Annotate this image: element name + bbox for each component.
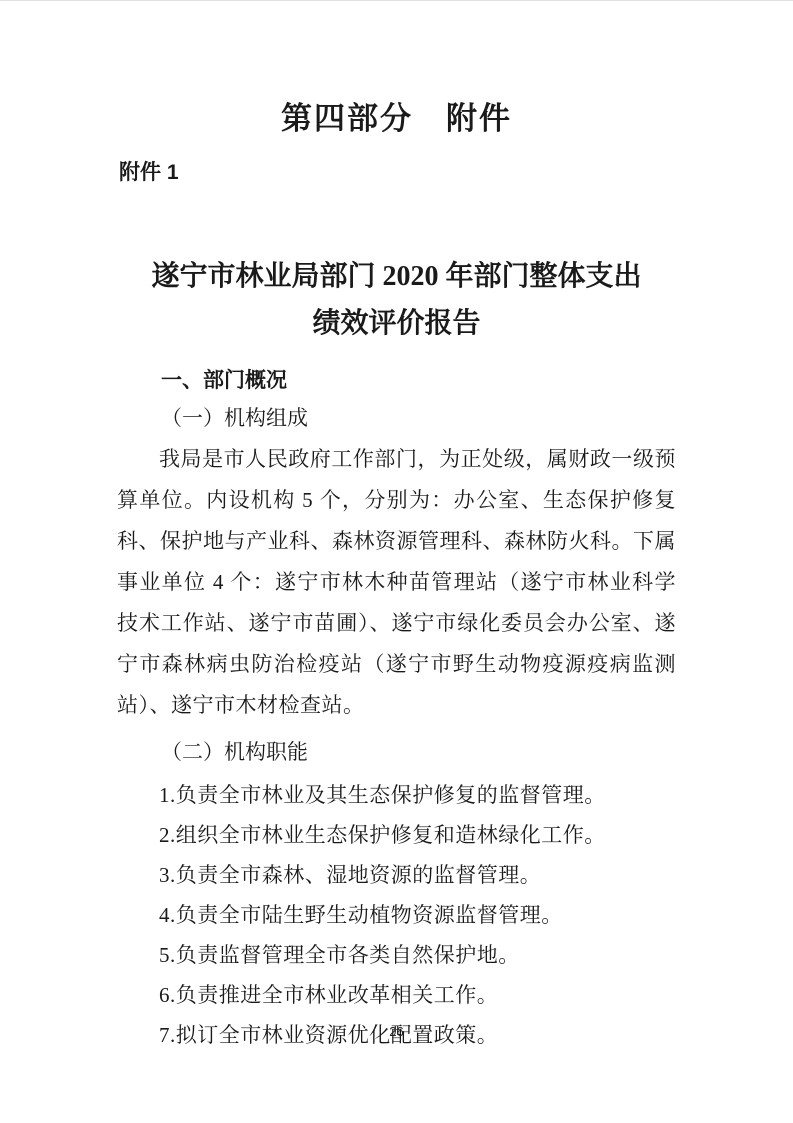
subsection-heading-org-composition: （一）机构组成 xyxy=(117,404,676,432)
function-item-1: 1.负责全市林业及其生态保护修复的监督管理。 xyxy=(117,775,676,815)
document-page: 第四部分 附件 附件 1 遂宁市林业局部门 2020 年部门整体支出 绩效评价报… xyxy=(0,0,793,1123)
report-title: 遂宁市林业局部门 2020 年部门整体支出 绩效评价报告 xyxy=(117,253,676,347)
function-item-2: 2.组织全市林业生态保护修复和造林绿化工作。 xyxy=(117,815,676,855)
function-item-6: 6.负责推进全市林业改革相关工作。 xyxy=(117,975,676,1015)
document-content: 第四部分 附件 附件 1 遂宁市林业局部门 2020 年部门整体支出 绩效评价报… xyxy=(117,100,676,1055)
section-heading-overview: 一、部门概况 xyxy=(117,367,676,395)
attachment-label: 附件 1 xyxy=(117,160,676,186)
function-item-5: 5.负责监督管理全市各类自然保护地。 xyxy=(117,935,676,975)
function-list: 1.负责全市林业及其生态保护修复的监督管理。 2.组织全市林业生态保护修复和造林… xyxy=(117,775,676,1055)
part-title: 第四部分 附件 xyxy=(117,100,676,138)
function-item-4: 4.负责全市陆生野生动植物资源监督管理。 xyxy=(117,895,676,935)
org-composition-paragraph: 我局是市人民政府工作部门，为正处级，属财政一级预算单位。内设机构 5 个，分别为… xyxy=(117,439,676,726)
subsection-heading-org-functions: （二）机构职能 xyxy=(117,738,676,766)
report-title-line1: 遂宁市林业局部门 2020 年部门整体支出 xyxy=(117,253,676,300)
function-item-3: 3.负责全市森林、湿地资源的监督管理。 xyxy=(117,855,676,895)
report-title-line2: 绩效评价报告 xyxy=(117,300,676,347)
page-number: 26 xyxy=(0,1024,793,1039)
